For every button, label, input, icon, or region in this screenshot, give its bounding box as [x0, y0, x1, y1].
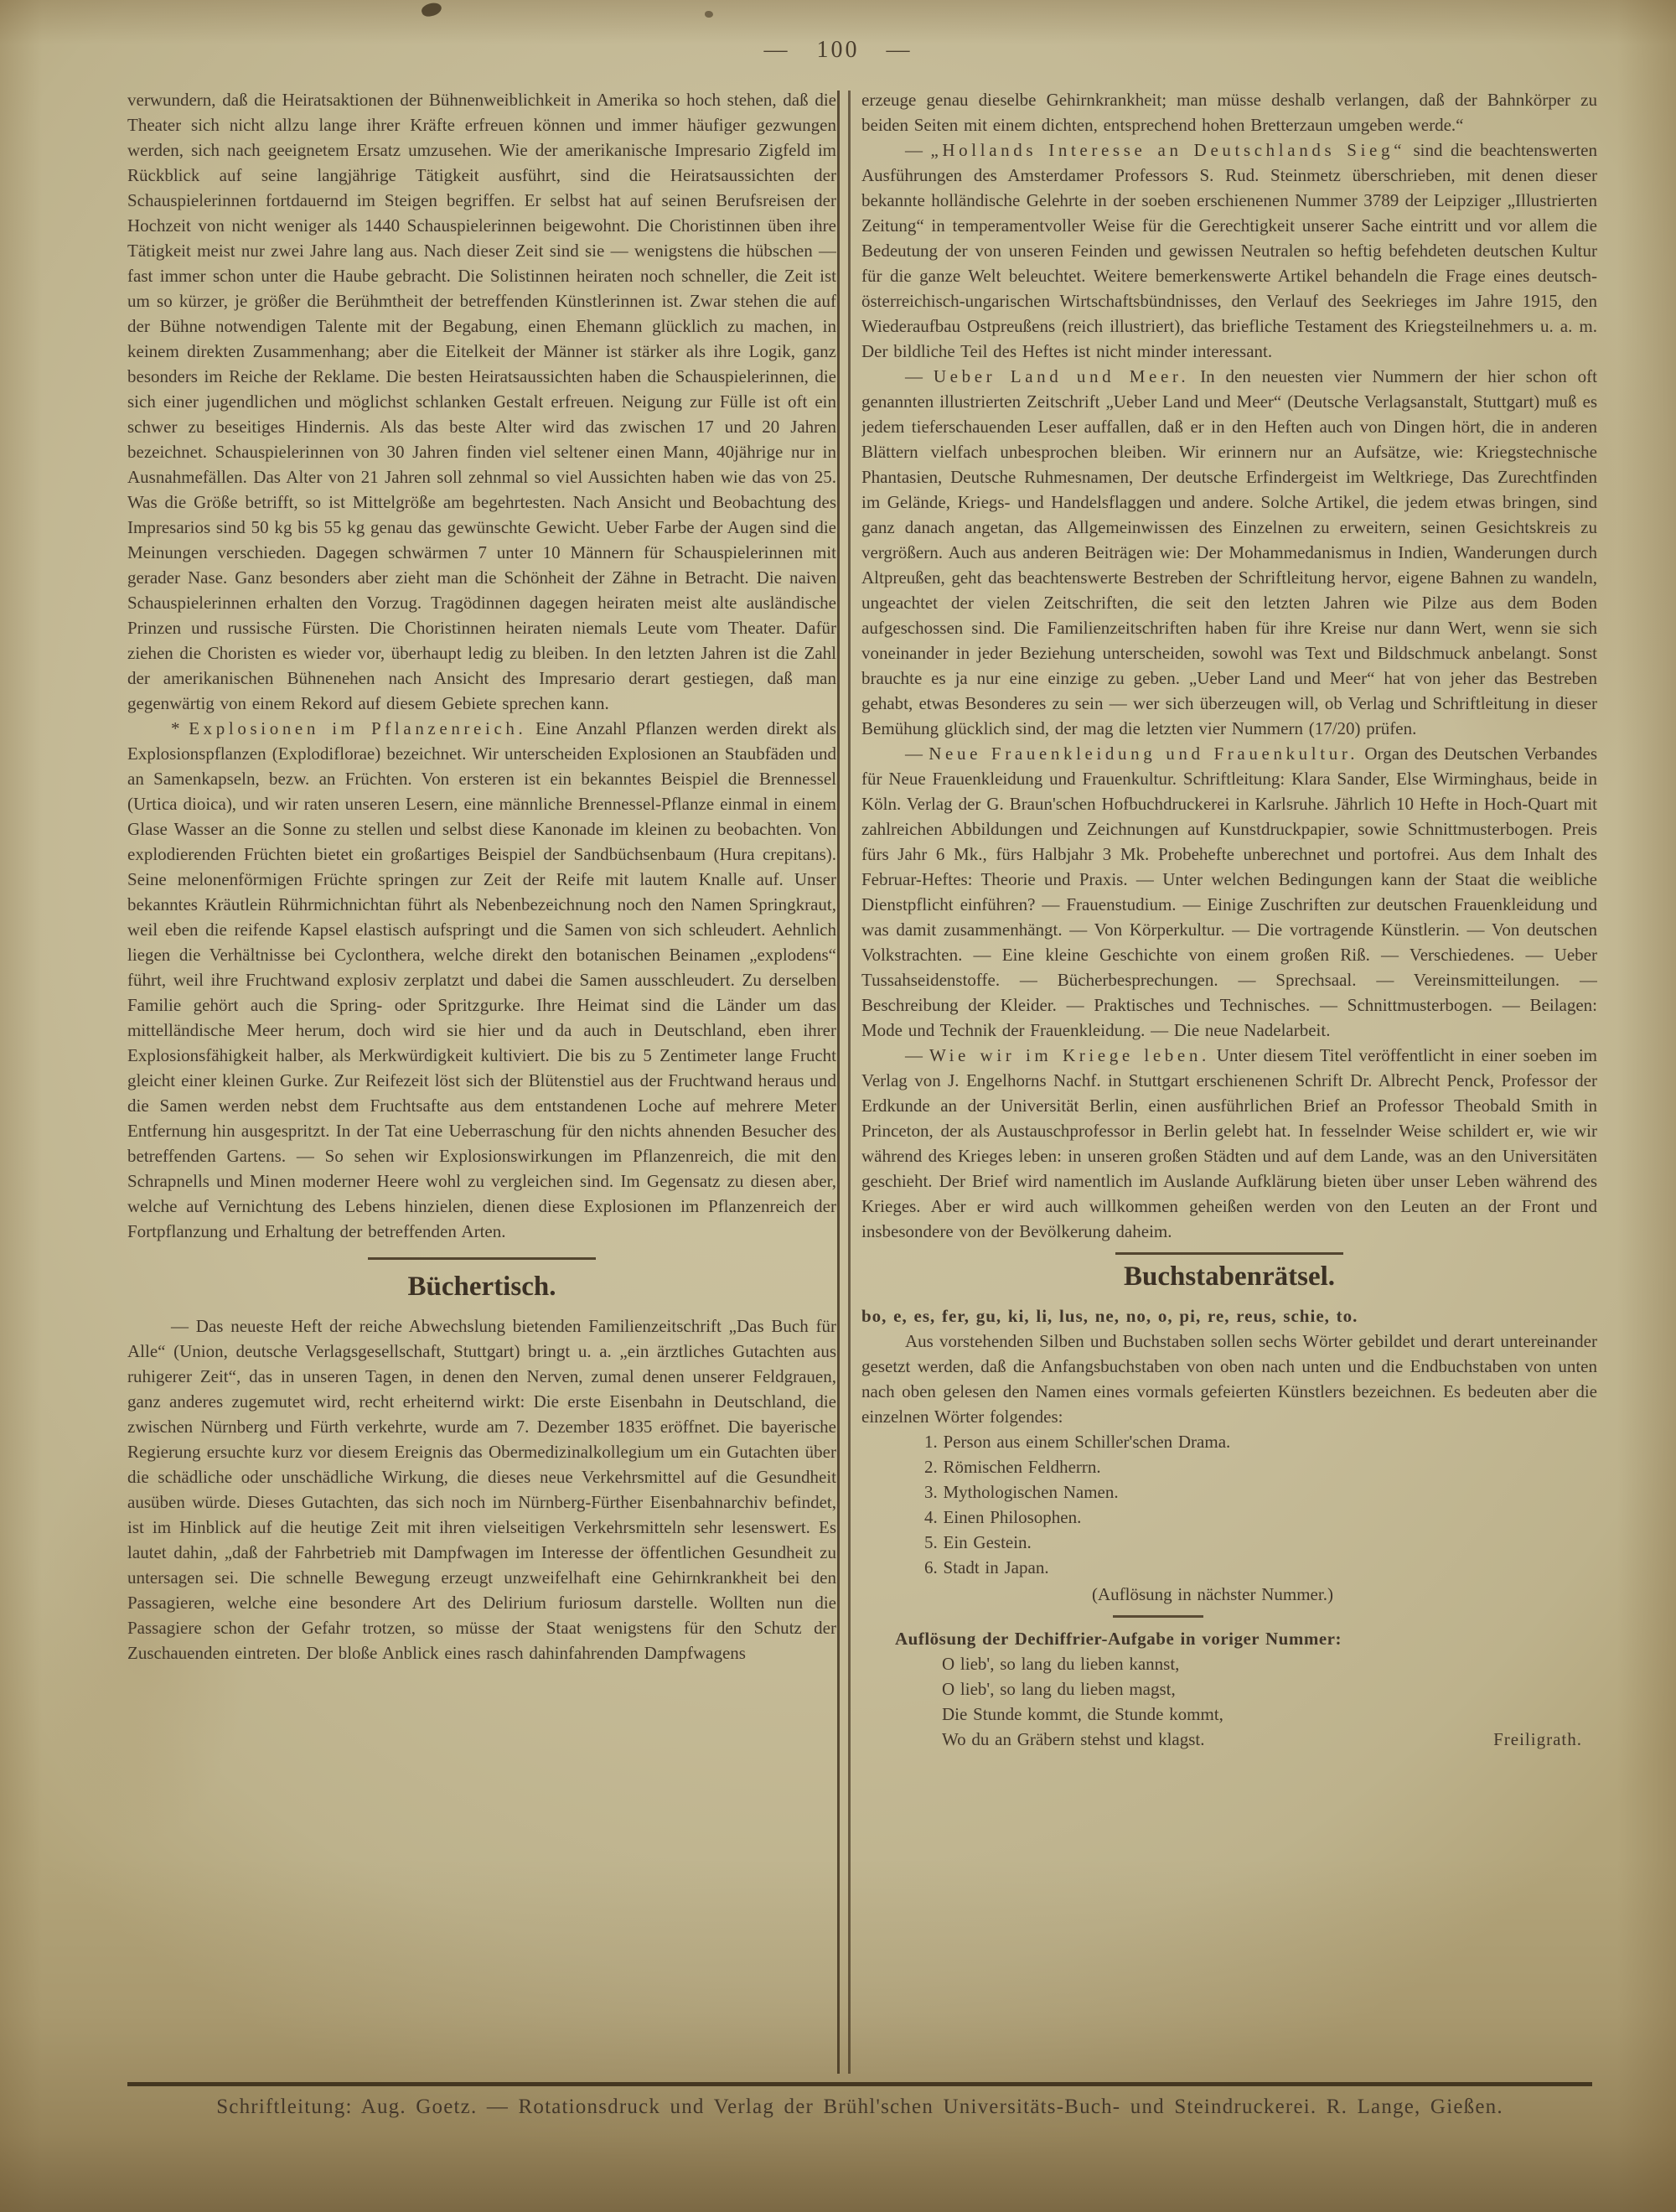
article-hollands-interesse: — „Hollands Interesse an Deutschlands Si…	[861, 137, 1597, 364]
article-marriage-continuation: verwundern, daß die Heiratsaktionen der …	[127, 87, 836, 716]
poem-line: O lieb', so lang du lieben magst,	[942, 1676, 1597, 1702]
section-title-buechertisch: Büchertisch.	[127, 1270, 836, 1303]
paragraph-body: In den neuesten vier Nummern der hier sc…	[861, 366, 1597, 738]
page-number: — 100 —	[0, 37, 1676, 64]
article-railway-continuation: erzeuge genau dieselbe Gehirnkrankheit; …	[861, 87, 1597, 137]
paragraph-body: sind die beachtenswerten Ausführungen de…	[861, 140, 1597, 361]
paragraph-body: Unter diesem Titel veröffentlicht in ein…	[861, 1045, 1597, 1241]
article-plant-explosions: * Explosionen im Pflanzenreich. Eine Anz…	[127, 716, 836, 1244]
section-divider-rule	[1115, 1252, 1343, 1255]
poem-author: Freiligrath.	[1493, 1727, 1582, 1752]
paragraph-title: Neue Frauenkleidung und Frauenkultur.	[929, 743, 1358, 764]
paragraph-title: Wie wir im Kriege leben.	[929, 1045, 1210, 1065]
poem-line: Die Stunde kommt, die Stunde kommt,	[942, 1702, 1597, 1727]
puzzle-clue: 5. Ein Gestein.	[924, 1530, 1597, 1555]
column-divider-rule	[837, 91, 851, 2074]
paragraph-marker: —	[905, 1045, 923, 1065]
ink-speck	[705, 11, 713, 18]
puzzle-clue: 1. Person aus einem Schiller'schen Drama…	[924, 1429, 1597, 1454]
small-divider-rule	[1113, 1615, 1203, 1618]
puzzle-intro: Aus vorstehenden Silben und Buchstaben s…	[861, 1329, 1597, 1429]
solution-poem: O lieb', so lang du lieben kannst, O lie…	[942, 1651, 1597, 1752]
right-column: erzeuge genau dieselbe Gehirnkrankheit; …	[861, 87, 1597, 2084]
footer-rule	[127, 2082, 1592, 2086]
puzzle-clue: 3. Mythologischen Namen.	[924, 1479, 1597, 1505]
paragraph-marker: —	[905, 743, 923, 764]
article-ueber-land-und-meer: — Ueber Land und Meer. In den neuesten v…	[861, 364, 1597, 741]
previous-solution-intro: Auflösung der Dechiffrier-Aufgabe in vor…	[861, 1626, 1597, 1651]
footer-imprint: Schriftleitung: Aug. Goetz. — Rotationsd…	[127, 2095, 1592, 2119]
article-neue-frauenkleidung: — Neue Frauenkleidung und Frauenkultur. …	[861, 741, 1597, 1043]
paragraph-marker: —	[905, 140, 923, 160]
scanned-magazine-page: — 100 — verwundern, daß die Heiratsaktio…	[0, 0, 1676, 2212]
puzzle-clue-list: 1. Person aus einem Schiller'schen Drama…	[924, 1429, 1597, 1580]
puzzle-clue: 2. Römischen Feldherrn.	[924, 1454, 1597, 1479]
puzzle-clue: 6. Stadt in Japan.	[924, 1555, 1597, 1580]
paragraph-body: Eine Anzahl Pflanzen werden direkt als E…	[127, 718, 836, 1241]
puzzle-clue: 4. Einen Philosophen.	[924, 1505, 1597, 1530]
left-column: verwundern, daß die Heiratsaktionen der …	[127, 87, 836, 2084]
puzzle-syllables: bo, e, es, fer, gu, ki, li, lus, ne, no,…	[861, 1303, 1597, 1329]
article-wie-wir-im-kriege-leben: — Wie wir im Kriege leben. Unter diesem …	[861, 1043, 1597, 1244]
ink-speck	[420, 1, 442, 19]
paragraph-title: „Hollands Interesse an Deutschlands Sieg…	[930, 140, 1405, 160]
section-divider-rule	[368, 1257, 596, 1260]
paragraph-title: Ueber Land und Meer.	[934, 366, 1189, 386]
paragraph-marker: —	[905, 366, 923, 386]
paragraph-title: Explosionen im Pflanzenreich.	[189, 718, 526, 738]
paragraph-body: Organ des Deutschen Verbandes für Neue F…	[861, 743, 1597, 1040]
paragraph-marker: *	[171, 718, 180, 738]
section-title-buchstabenraetsel: Buchstabenrätsel.	[861, 1260, 1597, 1293]
poem-line: O lieb', so lang du lieben kannst,	[942, 1651, 1597, 1676]
puzzle-solution-note: (Auflösung in nächster Nummer.)	[861, 1582, 1564, 1607]
article-buechertisch-review: — Das neueste Heft der reiche Abwechslun…	[127, 1313, 836, 1665]
